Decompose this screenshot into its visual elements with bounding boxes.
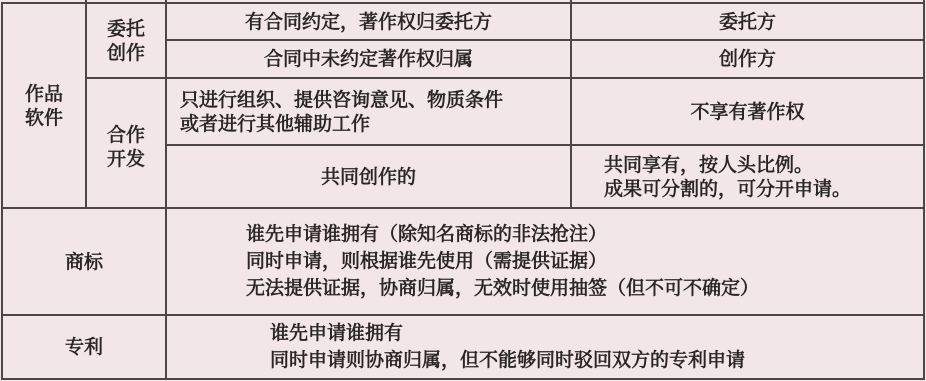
- patent-rules: 谁先申请谁拥有 同时申请则协商归属，但不能够同时驳回双方的专利申请: [167, 316, 923, 378]
- commissioned-condition-1: 有合同约定，著作权归委托方: [167, 4, 570, 39]
- owner-text: 不享有著作权: [690, 100, 804, 124]
- rule-line: 同时申请则协商归属，但不能够同时驳回双方的专利申请: [270, 347, 745, 374]
- rule-line: 谁先申请谁拥有: [270, 320, 403, 347]
- commissioned-owner-2: 创作方: [572, 41, 923, 77]
- label-line: 委托: [107, 17, 145, 41]
- cooperative-label: 合作 开发: [87, 79, 165, 207]
- rule-line: 谁先申请谁拥有（除知名商标的非法抢注）: [246, 221, 607, 248]
- rule-line: 同时申请，则根据谁先使用（需提供证据）: [246, 248, 607, 275]
- condition-line: 只进行组织、提供咨询意见、物质条件: [180, 88, 503, 112]
- label-line: 开发: [107, 147, 145, 171]
- border-right: [923, 0, 925, 380]
- cooperative-owner-2: 共同享有，按人头比例。 成果可分割的，可分开申请。: [572, 146, 923, 207]
- condition-line: 或者进行其他辅助工作: [180, 112, 370, 136]
- patent-label: 专利: [3, 316, 165, 378]
- label-line: 作品: [25, 82, 63, 106]
- border-bottom: [2, 378, 924, 380]
- owner-text: 创作方: [719, 47, 776, 71]
- label-line: 合作: [107, 123, 145, 147]
- commissioned-label: 委托 创作: [87, 4, 165, 77]
- condition-text: 共同创作的: [321, 165, 416, 189]
- works-software-label: 作品 软件: [3, 4, 85, 207]
- label-line: 创作: [107, 41, 145, 65]
- cooperative-condition-1: 只进行组织、提供咨询意见、物质条件 或者进行其他辅助工作: [167, 79, 570, 144]
- patent-label-text: 专利: [65, 335, 103, 359]
- condition-text: 合同中未约定著作权归属: [264, 47, 473, 71]
- condition-text: 有合同约定，著作权归委托方: [245, 10, 492, 34]
- owner-text: 委托方: [719, 10, 776, 34]
- commissioned-condition-2: 合同中未约定著作权归属: [167, 41, 570, 77]
- trademark-label: 商标: [3, 209, 165, 314]
- owner-line: 共同享有，按人头比例。: [604, 153, 813, 177]
- trademark-rules: 谁先申请谁拥有（除知名商标的非法抢注） 同时申请，则根据谁先使用（需提供证据） …: [167, 209, 923, 314]
- cooperative-owner-1: 不享有著作权: [572, 79, 923, 144]
- owner-line: 成果可分割的，可分开申请。: [604, 177, 851, 201]
- commissioned-owner-1: 委托方: [572, 4, 923, 39]
- cooperative-condition-2: 共同创作的: [167, 146, 570, 207]
- rule-line: 无法提供证据，协商归属，无效时使用抽签（但不可不确定）: [246, 275, 759, 302]
- label-line: 软件: [25, 106, 63, 130]
- trademark-label-text: 商标: [65, 250, 103, 274]
